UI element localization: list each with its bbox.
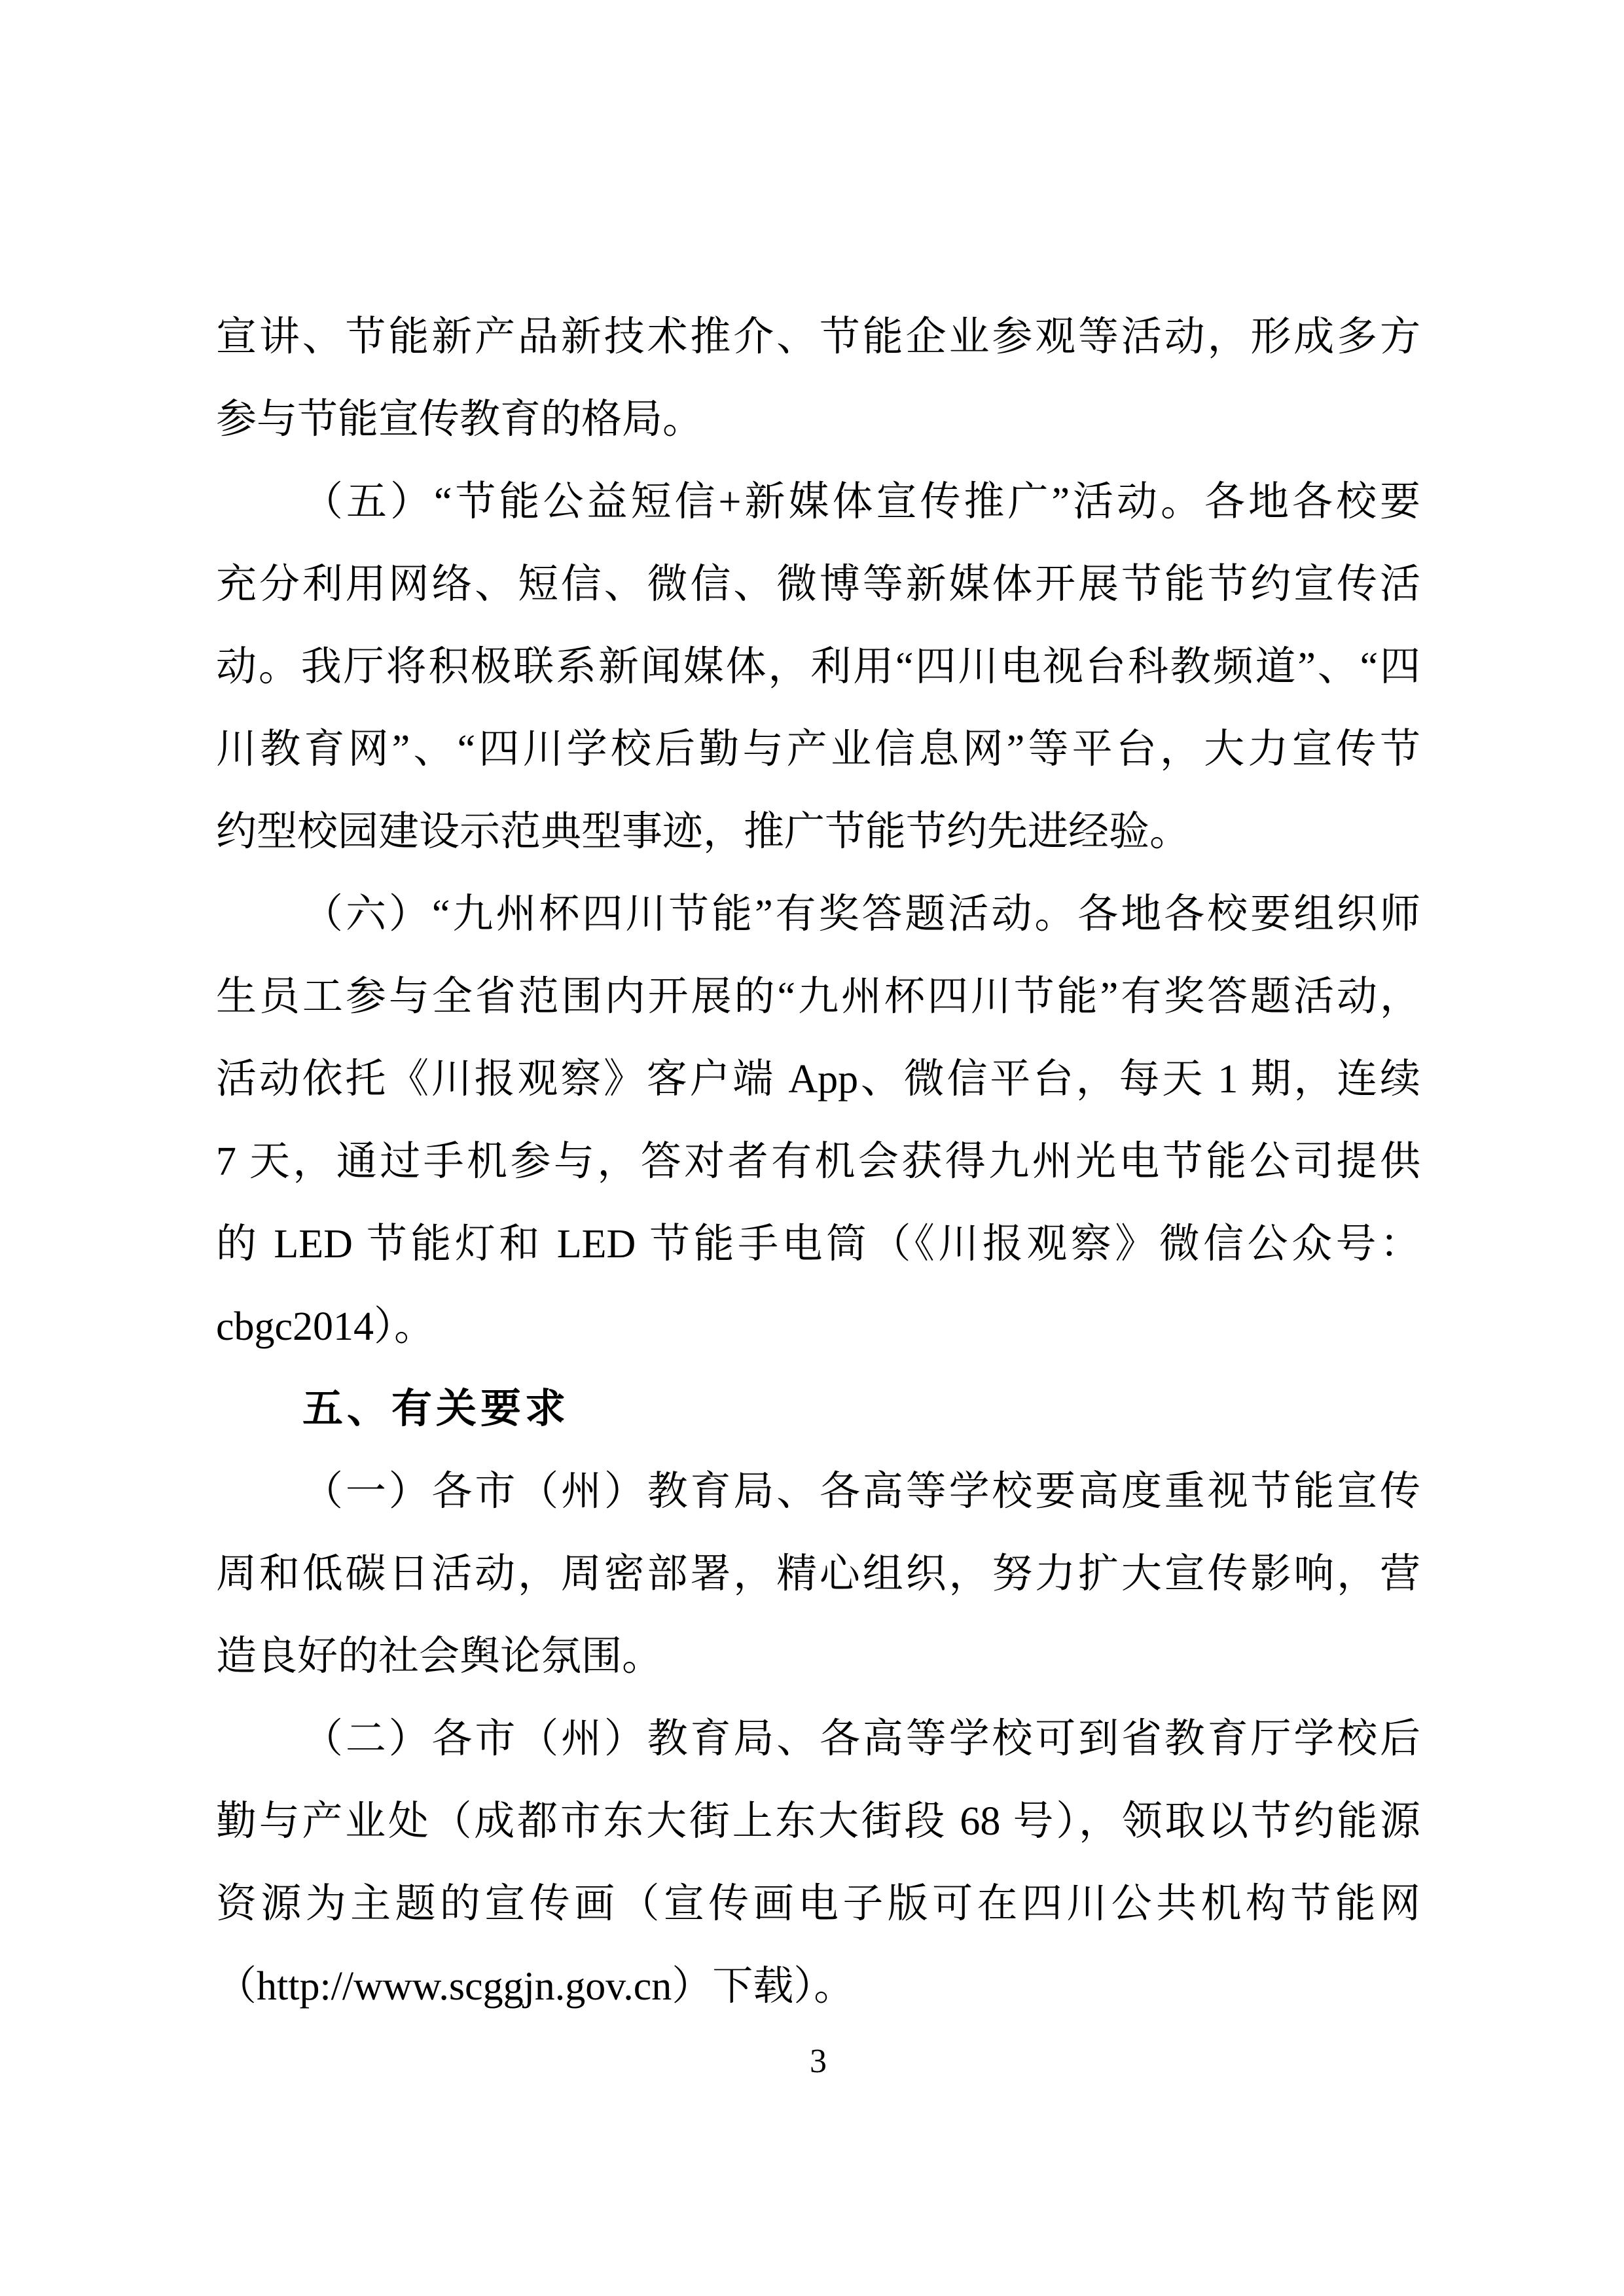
section-heading: 五、有关要求 bbox=[216, 1368, 1420, 1450]
text-block: 宣讲、节能新产品新技术推介、节能企业参观等活动，形成多方参与节能宣传教育的格局。… bbox=[216, 296, 1420, 2028]
document-page: 宣讲、节能新产品新技术推介、节能企业参观等活动，形成多方参与节能宣传教育的格局。… bbox=[0, 0, 1624, 2296]
text-line: 资源为主题的宣传画（宣传画电子版可在四川公共机构节能网 bbox=[216, 1863, 1420, 1945]
text-line: （六）“九州杯四川节能”有奖答题活动。各地各校要组织师 bbox=[216, 873, 1420, 956]
text-line: （http://www.scggjn.gov.cn）下载）。 bbox=[216, 1945, 1420, 2028]
text-line: 造良好的社会舆论氛围。 bbox=[216, 1615, 1420, 1698]
text-line: 生员工参与全省范围内开展的“九州杯四川节能”有奖答题活动， bbox=[216, 956, 1420, 1038]
text-line: cbgc2014）。 bbox=[216, 1285, 1420, 1368]
text-line: 参与节能宣传教育的格局。 bbox=[216, 378, 1420, 461]
text-line: 勤与产业处（成都市东大街上东大街段 68 号），领取以节约能源 bbox=[216, 1780, 1420, 1863]
text-line: 约型校园建设示范典型事迹，推广节能节约先进经验。 bbox=[216, 791, 1420, 873]
text-line: （五）“节能公益短信+新媒体宣传推广”活动。各地各校要 bbox=[216, 461, 1420, 543]
text-line: 充分利用网络、短信、微信、微博等新媒体开展节能节约宣传活 bbox=[216, 543, 1420, 626]
text-line: （二）各市（州）教育局、各高等学校可到省教育厅学校后 bbox=[216, 1698, 1420, 1780]
text-line: 7 天，通过手机参与，答对者有机会获得九州光电节能公司提供 bbox=[216, 1121, 1420, 1203]
text-line: 的 LED 节能灯和 LED 节能手电筒（《川报观察》微信公众号： bbox=[216, 1203, 1420, 1285]
text-line: 宣讲、节能新产品新技术推介、节能企业参观等活动，形成多方 bbox=[216, 296, 1420, 378]
text-line: 动。我厅将积极联系新闻媒体，利用“四川电视台科教频道”、“四 bbox=[216, 626, 1420, 708]
page-number: 3 bbox=[216, 2043, 1420, 2080]
text-line: 周和低碳日活动，周密部署，精心组织，努力扩大宣传影响，营 bbox=[216, 1533, 1420, 1615]
text-line: 活动依托《川报观察》客户端 App、微信平台，每天 1 期，连续 bbox=[216, 1038, 1420, 1121]
text-line: （一）各市（州）教育局、各高等学校要高度重视节能宣传 bbox=[216, 1450, 1420, 1533]
text-line: 川教育网”、“四川学校后勤与产业信息网”等平台，大力宣传节 bbox=[216, 708, 1420, 791]
